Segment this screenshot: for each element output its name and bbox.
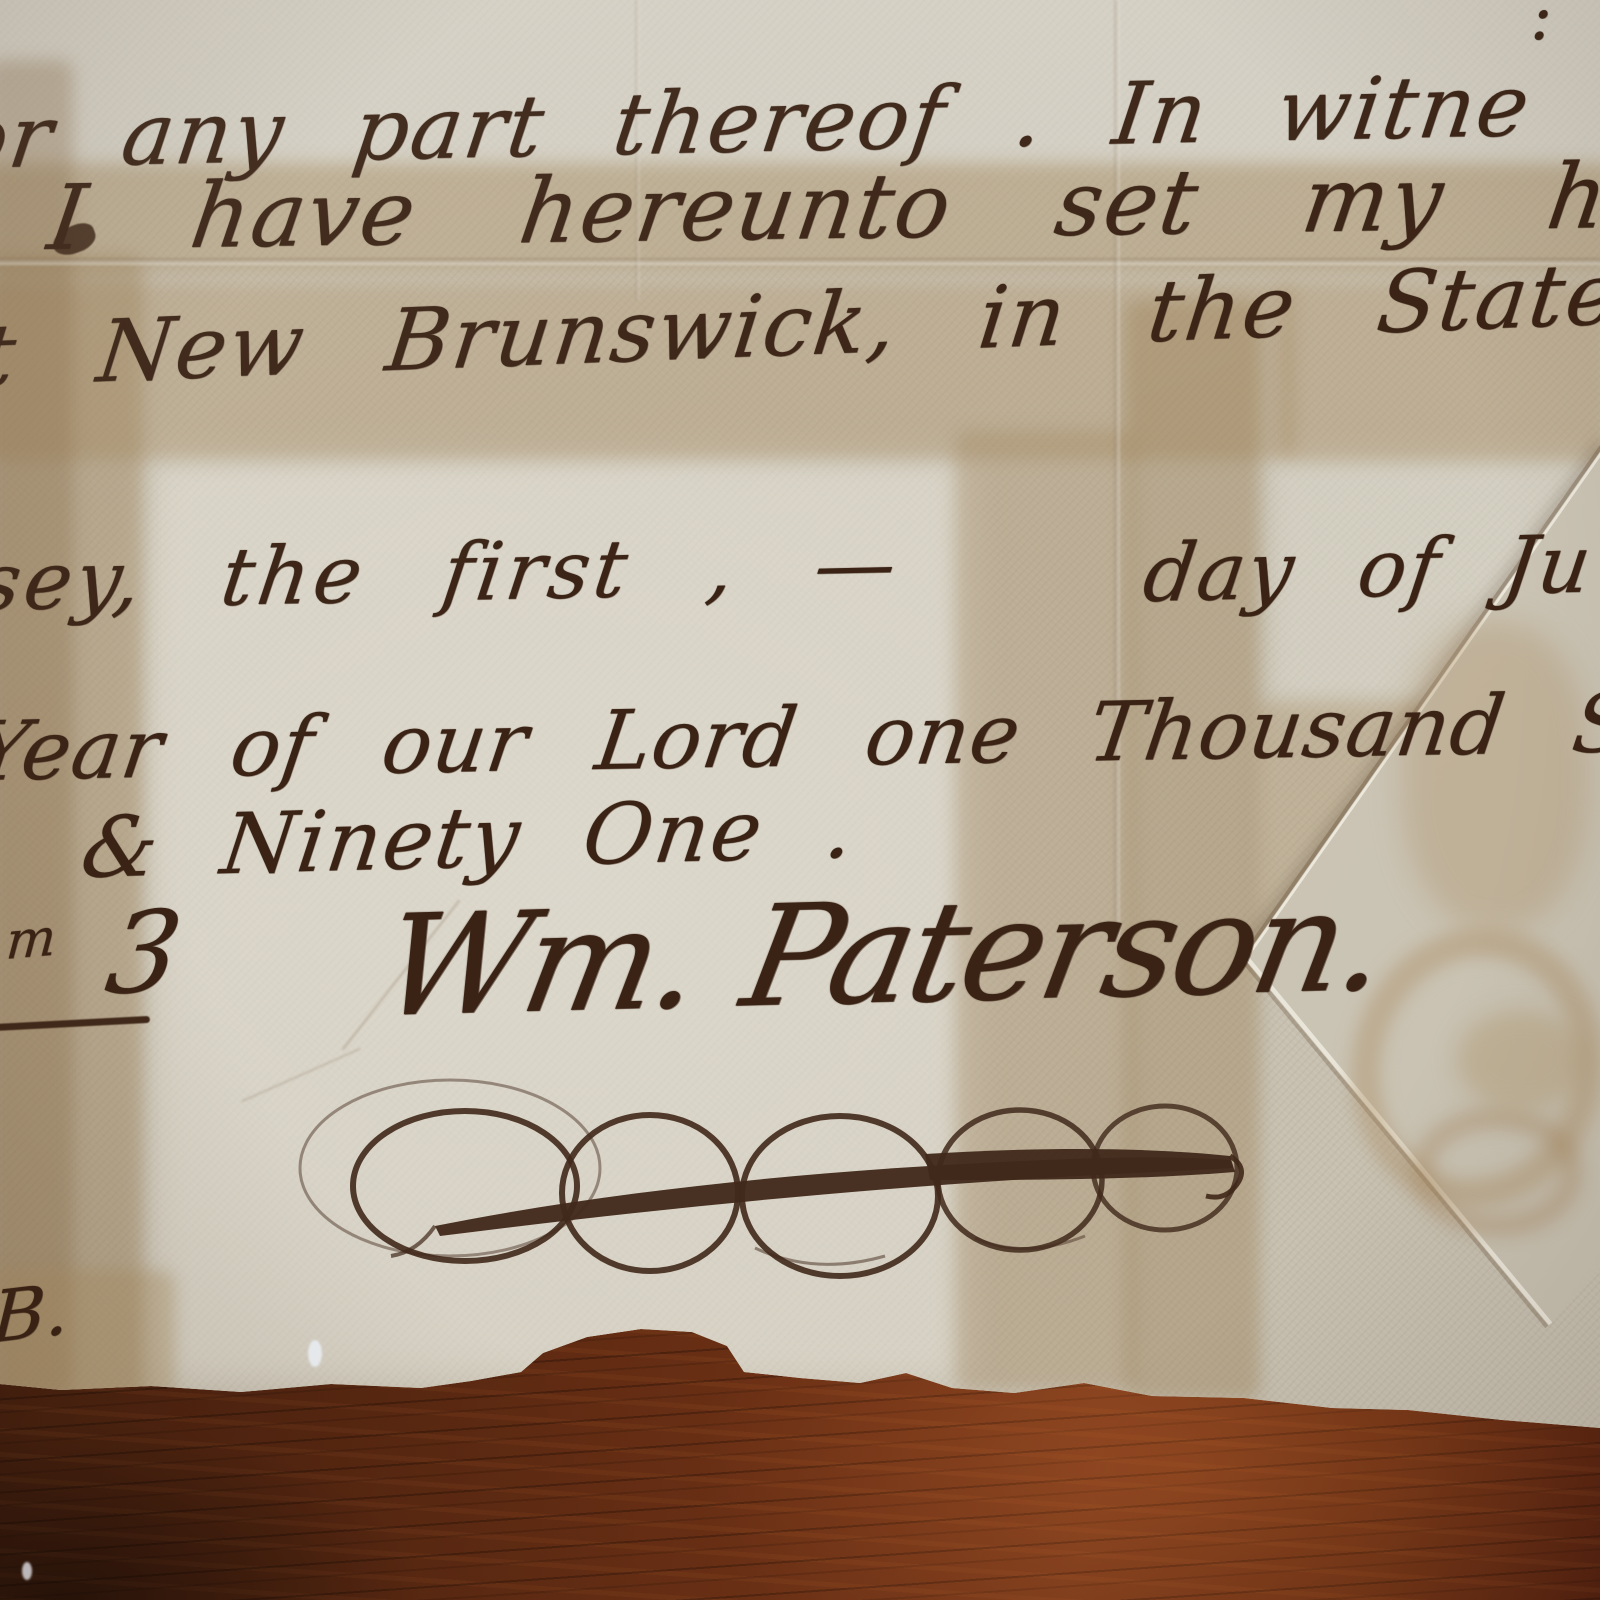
bottom-left-fragment: B. — [0, 1273, 71, 1354]
handwriting-line-4-left: sey, the first , — — [0, 524, 905, 623]
punctuation-mark-top-right: : — [1530, 0, 1552, 50]
handwriting-line-2: I have hereunto set my h — [43, 152, 1600, 264]
manuscript-paper: or any part thereof . In witne : I have … — [0, 0, 1600, 1600]
handwriting-line-4-right: day of Ju — [1139, 525, 1598, 614]
seal-ring-inner — [1412, 1108, 1582, 1236]
seal-center-blob — [1456, 1010, 1586, 1110]
manuscript-photo: or any part thereof . In witne : I have … — [0, 0, 1600, 1600]
margin-fragment-small: m — [4, 912, 57, 968]
seal-mottle-upper — [1400, 620, 1590, 930]
lint-speck-on-wood — [22, 1562, 32, 1580]
signature-autograph: Wm. Paterson. — [372, 872, 1395, 1038]
lint-speck-on-paper — [308, 1340, 322, 1367]
handwriting-line-6: & Ninety One . — [77, 786, 861, 890]
signature-flourish — [285, 1068, 1255, 1293]
